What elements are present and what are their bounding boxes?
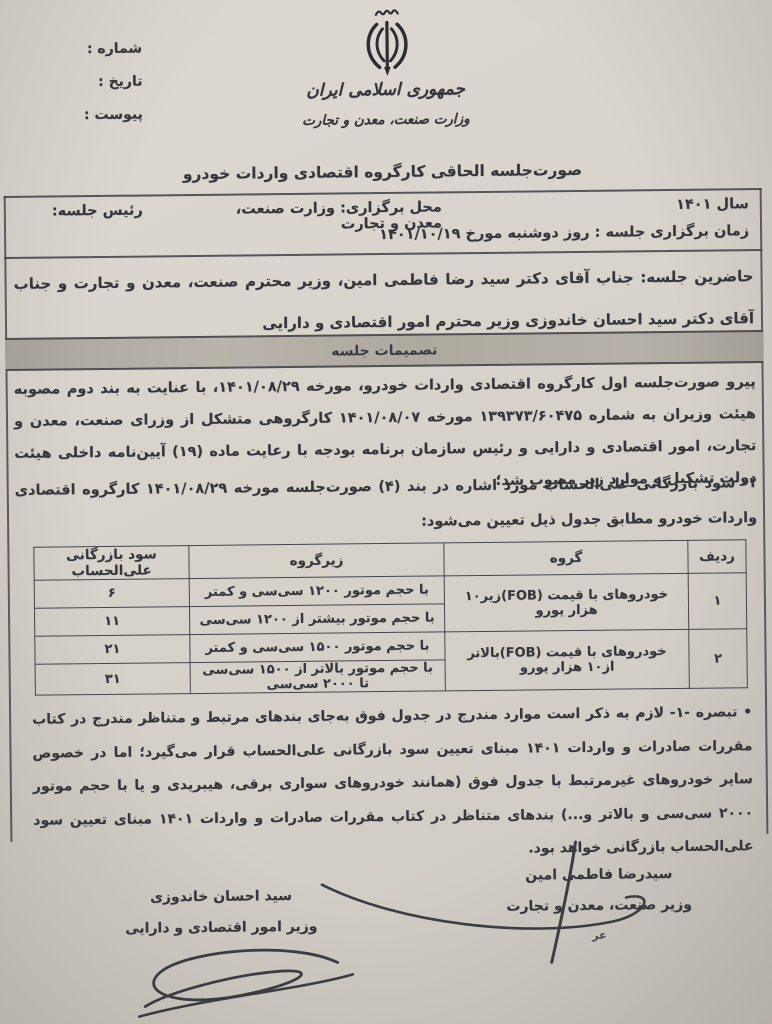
signature-left-name: سید احسان خاندوزی	[107, 885, 335, 909]
note-paragraph: • تبصره -۱- لازم به ذکر است موارد مندرج …	[32, 696, 754, 871]
number-label: شماره :	[47, 33, 142, 67]
signature-right-title: وزیر صنعت، معدن و تجارت	[459, 893, 739, 918]
signature-right-block: سیدرضا فاطمی امین وزیر صنعت، معدن و تجار…	[459, 862, 740, 948]
signature-left-block: سید احسان خاندوزی وزیر امور اقتصادی و دا…	[107, 885, 336, 940]
decision-item-1: ۱- سود بازرگانی علی‌الحساب مورد اشاره در…	[15, 466, 758, 544]
attachment-label: پیوست :	[48, 99, 143, 133]
signature-scribble-left-icon	[122, 940, 368, 1024]
photographed-document: { "colors": { "paper": "#d8d4cc", "ink":…	[0, 0, 772, 1024]
decisions-band-title: تصمیمات جلسه	[331, 342, 437, 359]
header-profit: سود بازرگانی علی‌الحساب	[34, 546, 189, 581]
group-cell: خودروهای با قیمت (FOB)زیر۱۰ هزار یورو	[444, 573, 689, 632]
meeting-year: سال ۱۴۰۱	[676, 196, 749, 213]
date-label: تاریخ :	[47, 66, 142, 100]
header-row-number: ردیف	[688, 540, 746, 574]
letterhead-fields: شماره : تاریخ : پیوست :	[47, 33, 143, 133]
profit-cell: ۶	[34, 579, 189, 609]
profit-cell: ۲۱	[35, 635, 190, 665]
commercial-profit-table: ردیف گروه زیرگروه سود بازرگانی علی‌الحسا…	[33, 539, 748, 695]
document-title: صورت‌جلسه الحاقی کارگروه اقتصادی واردات …	[0, 159, 769, 185]
meeting-chairman-label: رئیس جلسه:	[52, 203, 143, 220]
signature-right-mark: عر	[459, 923, 739, 948]
row-number-cell: ۲	[689, 629, 748, 689]
header-group: گروه	[444, 540, 688, 576]
profit-cell: ۳۱	[35, 663, 190, 696]
signature-left-title: وزیر امور اقتصادی و دارایی	[107, 916, 335, 940]
ministry-name: وزارت صنعت، معدن و تجارت	[266, 111, 506, 130]
subgroup-cell: با حجم موتور بالاتر از ۱۵۰۰ سی‌سی تا ۲۰۰…	[190, 660, 445, 694]
iran-allah-emblem-icon	[355, 6, 420, 81]
subgroup-cell: با حجم موتور ۱۵۰۰ سی‌سی و کمتر	[190, 632, 445, 663]
header-subgroup: زیرگروه	[189, 543, 444, 579]
signature-right-name: سیدرضا فاطمی امین	[459, 862, 739, 887]
subgroup-cell: با حجم موتور ۱۲۰۰ سی‌سی و کمتر	[189, 576, 444, 607]
profit-cell: ۱۱	[34, 607, 189, 637]
subgroup-cell: با حجم موتور بیشتر از ۱۲۰۰ سی‌سی	[189, 604, 444, 635]
group-cell: خودروهای با قیمت (FOB)بالاتر از۱۰ هزار ی…	[445, 629, 690, 691]
row-number-cell: ۱	[688, 573, 747, 630]
paper-sheet: شماره : تاریخ : پیوست : جمهوری اسلامی ای…	[0, 0, 772, 1024]
republic-name: جمهوری اسلامی ایران	[275, 79, 495, 101]
